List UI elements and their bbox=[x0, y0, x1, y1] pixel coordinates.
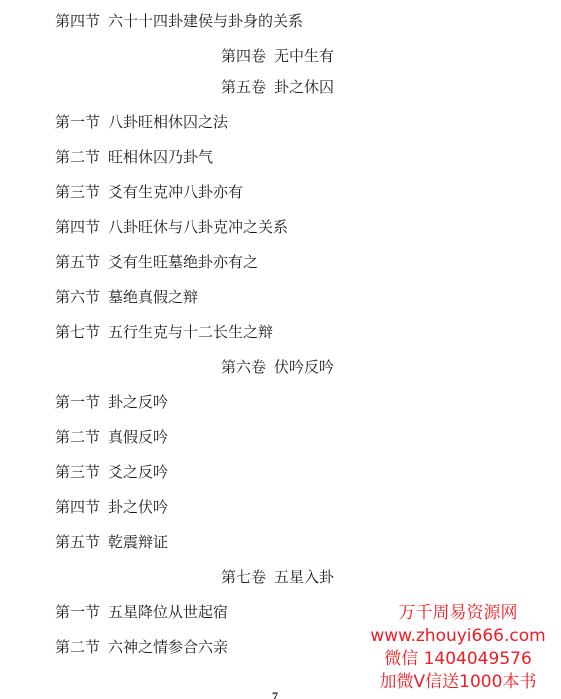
toc-volume-heading: 第四卷无中生有 bbox=[221, 46, 334, 66]
toc-section-entry: 第二节旺相休囚乃卦气 bbox=[55, 147, 213, 167]
toc-entry-title: 六十十四卦建侯与卦身的关系 bbox=[108, 12, 303, 30]
toc-entry-label: 第四节 bbox=[55, 12, 100, 30]
toc-section-entry: 第六节墓绝真假之辩 bbox=[55, 287, 198, 307]
toc-section-entry: 第四节卦之伏吟 bbox=[55, 497, 168, 517]
toc-section-entry: 第一节卦之反吟 bbox=[55, 392, 168, 412]
toc-entry-title: 爻有生克冲八卦亦有 bbox=[108, 183, 243, 201]
toc-entry-title: 伏吟反吟 bbox=[274, 358, 334, 376]
toc-section-entry: 第三节爻有生克冲八卦亦有 bbox=[55, 182, 243, 202]
toc-entry-label: 第五卷 bbox=[221, 78, 266, 96]
toc-entry-label: 第七卷 bbox=[221, 568, 266, 586]
toc-entry-label: 第一节 bbox=[55, 393, 100, 411]
toc-entry-label: 第五节 bbox=[55, 533, 100, 551]
toc-entry-label: 第一节 bbox=[55, 603, 100, 621]
watermark-site-name: 万千周易资源网 bbox=[355, 602, 561, 625]
toc-section-entry: 第一节八卦旺相休囚之法 bbox=[55, 112, 228, 132]
toc-section-entry: 第四节六十十四卦建侯与卦身的关系 bbox=[55, 11, 303, 31]
toc-volume-heading: 第七卷五星入卦 bbox=[221, 567, 334, 587]
toc-section-entry: 第二节真假反吟 bbox=[55, 427, 168, 447]
toc-section-entry: 第五节爻有生旺墓绝卦亦有之 bbox=[55, 252, 258, 272]
toc-entry-label: 第四卷 bbox=[221, 47, 266, 65]
toc-entry-label: 第二节 bbox=[55, 148, 100, 166]
toc-entry-title: 六神之情参合六亲 bbox=[108, 638, 228, 656]
toc-section-entry: 第二节六神之情参合六亲 bbox=[55, 637, 228, 657]
toc-entry-label: 第一节 bbox=[55, 113, 100, 131]
toc-entry-title: 五行生克与十二长生之辩 bbox=[108, 323, 273, 341]
toc-entry-title: 旺相休囚乃卦气 bbox=[108, 148, 213, 166]
toc-entry-title: 真假反吟 bbox=[108, 428, 168, 446]
watermark-url: www.zhouyi666.com bbox=[355, 625, 561, 648]
toc-entry-label: 第二节 bbox=[55, 638, 100, 656]
toc-entry-label: 第六节 bbox=[55, 288, 100, 306]
toc-entry-label: 第五节 bbox=[55, 253, 100, 271]
toc-entry-label: 第七节 bbox=[55, 323, 100, 341]
toc-section-entry: 第四节八卦旺休与八卦克冲之关系 bbox=[55, 217, 288, 237]
page-number: 7 bbox=[272, 689, 278, 699]
toc-section-entry: 第三节爻之反吟 bbox=[55, 462, 168, 482]
toc-entry-title: 乾震辩证 bbox=[108, 533, 168, 551]
watermark-wechat: 微信 1404049576 bbox=[355, 648, 561, 671]
toc-entry-title: 八卦旺休与八卦克冲之关系 bbox=[108, 218, 288, 236]
toc-entry-title: 墓绝真假之辩 bbox=[108, 288, 198, 306]
toc-entry-title: 爻有生旺墓绝卦亦有之 bbox=[108, 253, 258, 271]
toc-volume-heading: 第六卷伏吟反吟 bbox=[221, 357, 334, 377]
toc-entry-label: 第四节 bbox=[55, 218, 100, 236]
toc-entry-label: 第三节 bbox=[55, 463, 100, 481]
toc-entry-title: 五星入卦 bbox=[274, 568, 334, 586]
toc-section-entry: 第一节五星降位从世起宿 bbox=[55, 602, 228, 622]
toc-entry-label: 第六卷 bbox=[221, 358, 266, 376]
toc-section-entry: 第五节乾震辩证 bbox=[55, 532, 168, 552]
toc-entry-label: 第四节 bbox=[55, 498, 100, 516]
toc-entry-title: 五星降位从世起宿 bbox=[108, 603, 228, 621]
toc-section-entry: 第七节五行生克与十二长生之辩 bbox=[55, 322, 273, 342]
toc-entry-title: 爻之反吟 bbox=[108, 463, 168, 481]
toc-entry-label: 第二节 bbox=[55, 428, 100, 446]
toc-volume-heading: 第五卷卦之休囚 bbox=[221, 77, 334, 97]
watermark-promo: 加微V信送1000本书 bbox=[355, 671, 561, 694]
toc-entry-title: 卦之伏吟 bbox=[108, 498, 168, 516]
watermark: 万千周易资源网 www.zhouyi666.com 微信 1404049576 … bbox=[355, 602, 561, 694]
toc-entry-title: 卦之反吟 bbox=[108, 393, 168, 411]
toc-entry-label: 第三节 bbox=[55, 183, 100, 201]
toc-entry-title: 卦之休囚 bbox=[274, 78, 334, 96]
toc-entry-title: 八卦旺相休囚之法 bbox=[108, 113, 228, 131]
toc-entry-title: 无中生有 bbox=[274, 47, 334, 65]
